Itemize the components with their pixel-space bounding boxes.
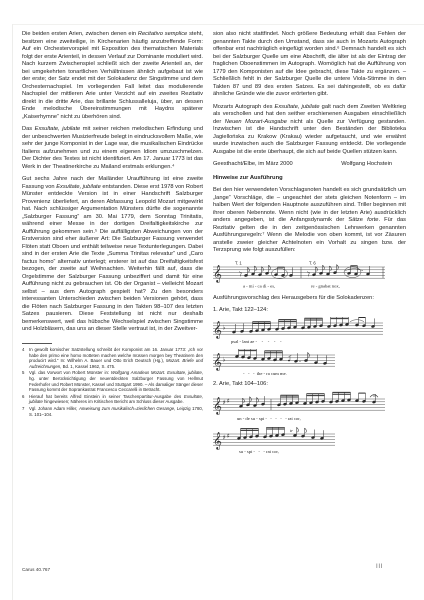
sharp-icon: ♯: [223, 434, 226, 442]
footnote-text: Hierauf hat bereits Alfred Einstein in s…: [29, 394, 203, 405]
treble-clef-icon: 𝄞: [213, 320, 222, 338]
treble-clef-icon: 𝄞: [213, 264, 222, 282]
catalog-number: Carus 40.767: [22, 567, 50, 572]
footnote-number: 5: [22, 370, 29, 392]
left-column: Die beiden ersten Arien, zwischen denen …: [22, 31, 203, 418]
scan-edge-top: [12, 24, 424, 25]
footnote-text: Vgl. Johann Adam Hiller, Anweisung zum m…: [29, 406, 203, 417]
paragraph: sion also nicht stattfindet. Noch größer…: [213, 31, 406, 99]
measure-label: T. 6: [309, 260, 316, 265]
footnote-rule: [22, 343, 52, 344]
paragraph: Die beiden ersten Arien, zwischen denen …: [22, 31, 203, 121]
paragraph: Bei den hier verwendeten Vorschlagsnoten…: [213, 187, 406, 255]
footnote: 7 Vgl. Johann Adam Hiller, Anweisung zum…: [22, 406, 203, 417]
music-example-aria2-line1: 𝄞 ♯ ♯ un - de su - spi - - - - - rat cor…: [213, 390, 406, 423]
example-label: 1. Arie, Takt 122–124:: [213, 307, 406, 315]
preface-page: Die beiden ersten Arien, zwischen denen …: [0, 0, 424, 600]
flat-icon: ♭: [223, 355, 226, 363]
author: Wolfgang Hochstein: [341, 161, 392, 169]
footnote: 4 In gewollt komischer Satzstellung schr…: [22, 347, 203, 369]
music-example-aria1-line2: 𝄞 ♭ - - - the - ra cum me.: [213, 349, 406, 377]
lyric-text: un - de su - spi - - - - - rat cor,: [237, 416, 301, 422]
lyric-text: psal - lant ae - - - - -: [231, 338, 282, 343]
music-example-recitative: T. 1 T. 6 𝄞 a - mi - ca di - es, re - gn…: [213, 260, 406, 291]
lyric-text: a - mi - ca di - es,: [243, 283, 275, 289]
footnote-text: Vgl. das Vorwort von Robert Münster in: …: [29, 370, 203, 392]
paragraph: Das Exsultate, jubilate mit seiner reich…: [22, 126, 203, 171]
footnote: 6 Hierauf hat bereits Alfred Einstein in…: [22, 394, 203, 405]
trill-mark: tr: [290, 428, 293, 433]
footnote: 5 Vgl. das Vorwort von Robert Münster in…: [22, 370, 203, 392]
example-label: 2. Arie, Takt 104–106:: [213, 381, 406, 389]
treble-clef-icon: 𝄞: [213, 397, 222, 415]
footnote-text: In gewollt komischer Satzstellung schrei…: [29, 347, 203, 369]
lyric-text: su - spi - - - rat cor,: [239, 449, 279, 455]
paragraph: Gut sechs Jahre nach der Mailänder Urauf…: [22, 176, 203, 334]
sharp-icon: ♯: [227, 432, 230, 440]
measure-label: T. 1: [235, 260, 242, 265]
music-example-aria2-line2: 𝄞 ♯ ♯ tr su - spi - - - rat cor,: [213, 427, 406, 455]
dateline: Geesthacht/Elbe, im März 2000 Wolfgang H…: [213, 161, 392, 169]
sharp-icon: ♯: [227, 397, 230, 405]
paragraph: Ausführungsvorschlag des Herausgebers fü…: [213, 295, 406, 303]
treble-clef-icon: 𝄞: [213, 432, 222, 450]
footnote-number: 4: [22, 347, 29, 369]
lyric-text: - - - the - ra cum me.: [243, 370, 287, 375]
flat-icon: ♭: [223, 323, 226, 331]
music-example-aria1-line1: 𝄞 ♭ psal - lant ae - - - - -: [213, 317, 406, 345]
page-number: III: [376, 563, 383, 570]
footnote-number: 6: [22, 394, 29, 405]
paragraph: Mozarts Autograph des Exsultate, jubilat…: [213, 104, 406, 157]
sharp-icon: ♯: [223, 399, 226, 407]
footnote-number: 7: [22, 406, 29, 417]
place-date: Geesthacht/Elbe, im März 2000: [213, 161, 293, 169]
lyric-text: re - gnabat nox,: [311, 283, 340, 289]
scan-edge-left: [12, 24, 13, 600]
footnotes: 4 In gewollt komischer Satzstellung schr…: [22, 343, 203, 418]
right-column: sion also nicht stattfindet. Noch größer…: [213, 31, 406, 459]
section-heading: Hinweise zur Ausführung: [213, 175, 406, 183]
treble-clef-icon: 𝄞: [213, 352, 222, 370]
